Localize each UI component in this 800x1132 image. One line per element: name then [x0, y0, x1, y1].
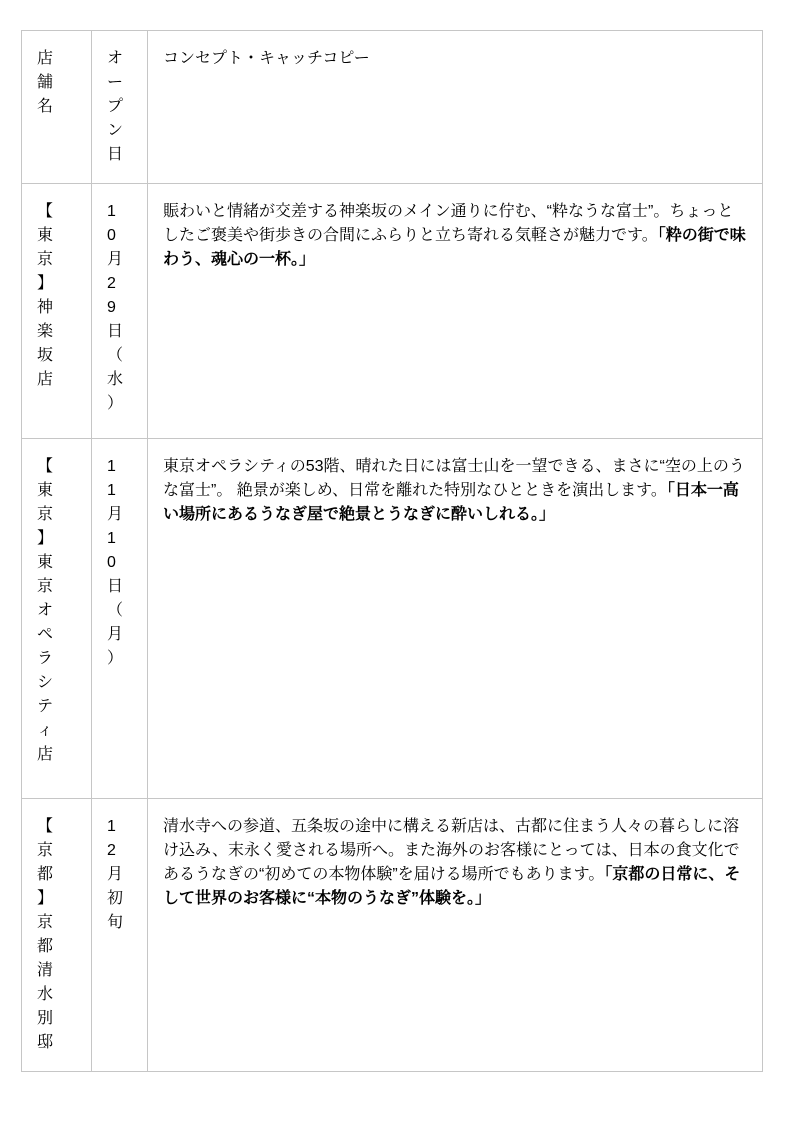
row-2-store-name: 【東京】東京オペラシティ店 [22, 439, 92, 799]
row-2-open-date: 11月10日（月） [92, 439, 148, 799]
row-1-store-name: 【東京】神楽坂店 [22, 184, 92, 439]
header-concept: コンセプト・キャッチコピー [148, 31, 763, 184]
row-2-concept: 東京オペラシティの53階、晴れた日には富士山を一望できる、まさに“空の上のうな富… [148, 439, 763, 799]
row-3-store-name: 【京都】京都清水別邸 [22, 799, 92, 1072]
header-open-date: オープン日 [92, 31, 148, 184]
row-3-open-date: 12月初旬 [92, 799, 148, 1072]
store-info-table: 店舗名 オープン日 コンセプト・キャッチコピー 【東京】神楽坂店 10月29日（… [21, 30, 763, 1072]
table-row: 【東京】神楽坂店 10月29日（水） 賑わいと情緒が交差する神楽坂のメイン通りに… [22, 184, 763, 439]
row-3-concept: 清水寺への参道、五条坂の途中に構える新店は、古都に住まう人々の暮らしに溶け込み、… [148, 799, 763, 1072]
header-store-name: 店舗名 [22, 31, 92, 184]
row-1-concept: 賑わいと情緒が交差する神楽坂のメイン通りに佇む、“粋なうな富士”。ちょっとしたご… [148, 184, 763, 439]
table-row: 【京都】京都清水別邸 12月初旬 清水寺への参道、五条坂の途中に構える新店は、古… [22, 799, 763, 1072]
table-header-row: 店舗名 オープン日 コンセプト・キャッチコピー [22, 31, 763, 184]
row-1-open-date: 10月29日（水） [92, 184, 148, 439]
table-row: 【東京】東京オペラシティ店 11月10日（月） 東京オペラシティの53階、晴れた… [22, 439, 763, 799]
